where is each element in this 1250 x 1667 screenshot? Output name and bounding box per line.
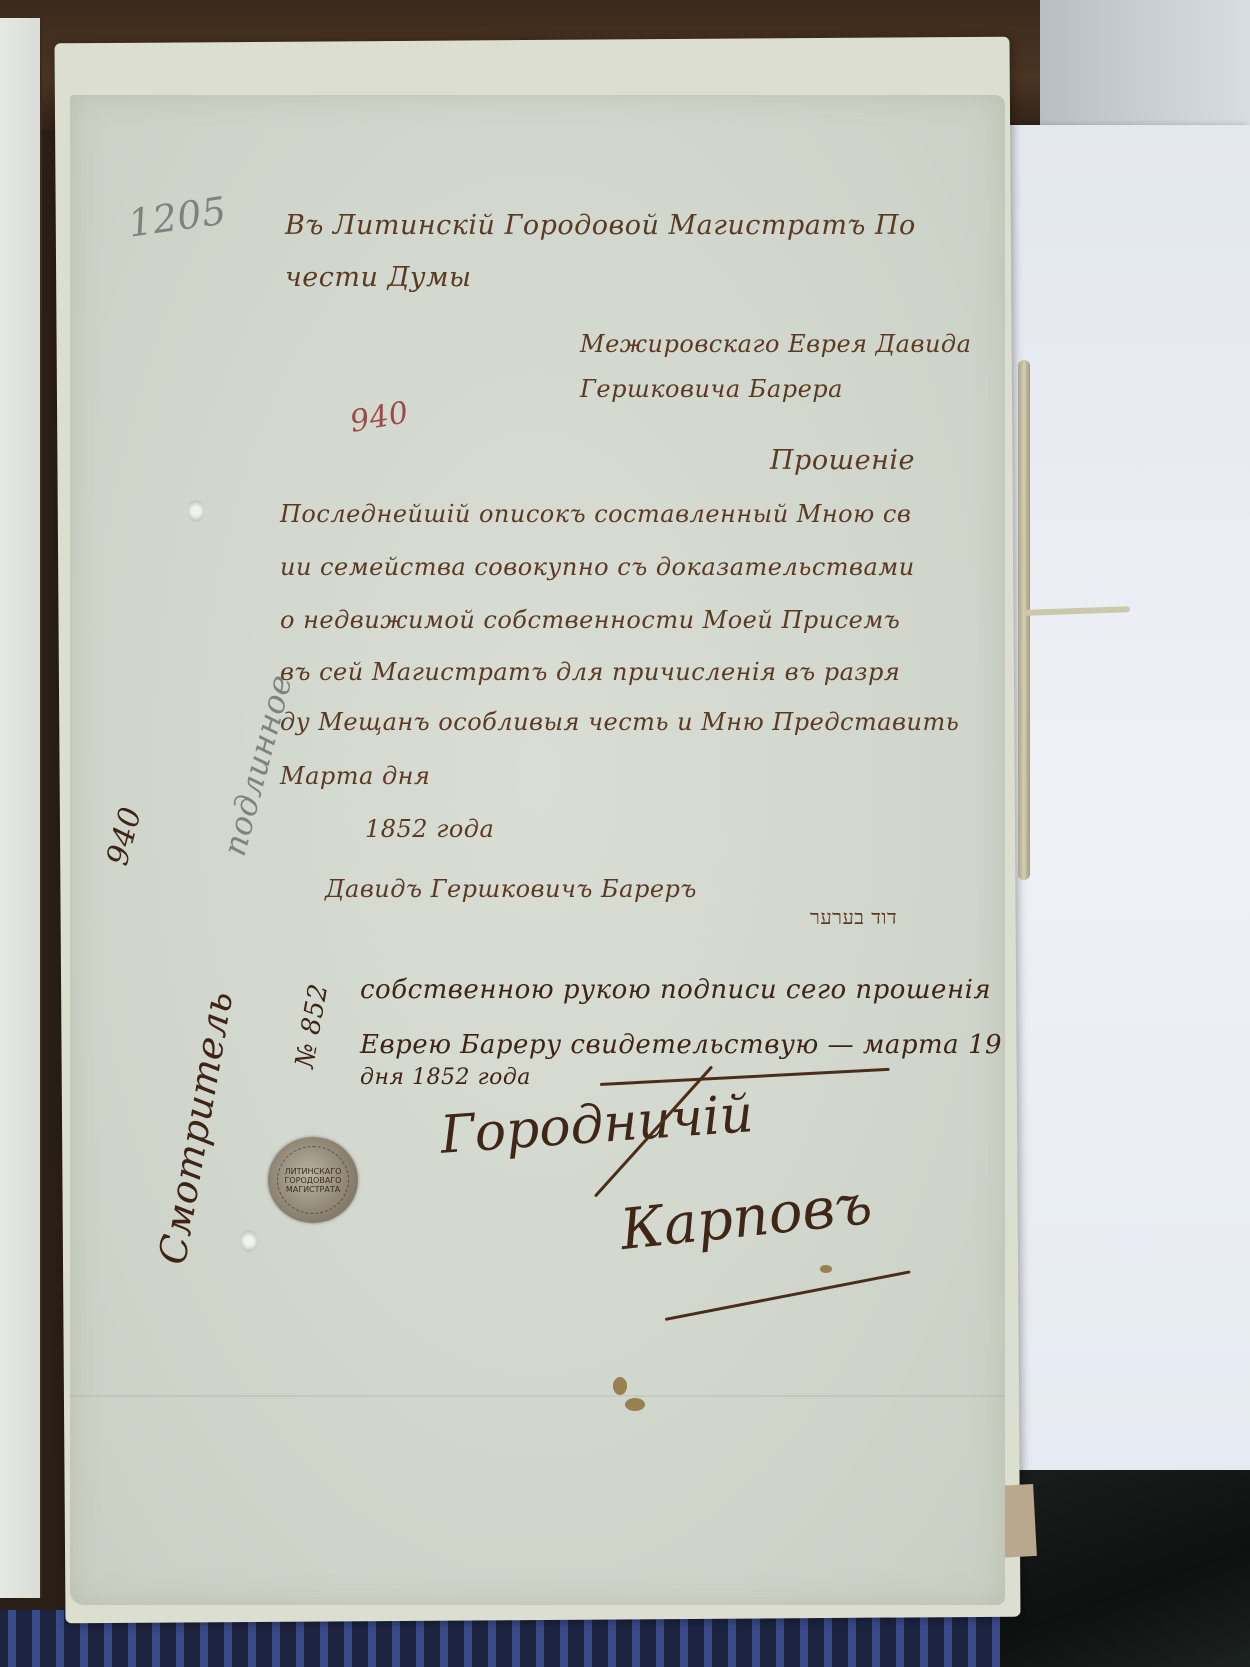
petitioner-line-2: Гершковича Барера [580, 375, 843, 403]
year-line: 1852 года [365, 815, 494, 843]
wax-seal: ЛИТИНСКАГО ГОРОДОВАГО МАГИСТРАТА [268, 1137, 358, 1223]
binding-hole [187, 500, 205, 522]
petition-document [70, 95, 1005, 1605]
body-line-2: ии семейства совокупно съ доказательства… [280, 553, 915, 581]
gray-background-object [1040, 0, 1250, 125]
body-line-1: Последнейшій описокъ составленный Мною с… [280, 500, 911, 528]
left-adjacent-page [0, 18, 42, 1598]
body-line-3: о недвижимой собственности Моей Присемъ [280, 606, 900, 634]
binding-string [1018, 360, 1030, 880]
document-title: Прошеніе [770, 445, 915, 476]
attestation-line-3: дня 1852 года [360, 1065, 531, 1090]
header-line-2: чести Думы [285, 262, 471, 293]
body-line-4: въ сей Магистратъ для причисленія въ раз… [280, 658, 900, 686]
seal-emblem-icon: ЛИТИНСКАГО ГОРОДОВАГО МАГИСТРАТА [277, 1146, 349, 1214]
header-line-1: Въ Литинскій Городовой Магистратъ По [285, 210, 916, 241]
ink-stain [613, 1377, 627, 1395]
ink-stain [820, 1265, 832, 1273]
date-line: Марта дня [280, 762, 430, 790]
white-backing-sheet [1000, 125, 1250, 1480]
petitioner-line-1: Межировскаго Еврея Давида [580, 330, 971, 358]
seal-text: ЛИТИНСКАГО ГОРОДОВАГО МАГИСТРАТА [278, 1167, 348, 1194]
body-line-5: ду Мещанъ особливыя честь и Мню Представ… [280, 708, 959, 736]
attestation-line-1: собственною рукою подписи сего прошенія [360, 975, 991, 1005]
hebrew-signature: דוד בערער [810, 905, 897, 930]
petitioner-signature: Давидъ Гершковичъ Бареръ [325, 875, 697, 903]
binding-hole [240, 1230, 258, 1252]
ink-stain [625, 1398, 645, 1411]
attestation-line-2: Еврею Бареру свидетельствую — марта 19 [360, 1030, 1002, 1060]
paper-fold [70, 1395, 1005, 1397]
